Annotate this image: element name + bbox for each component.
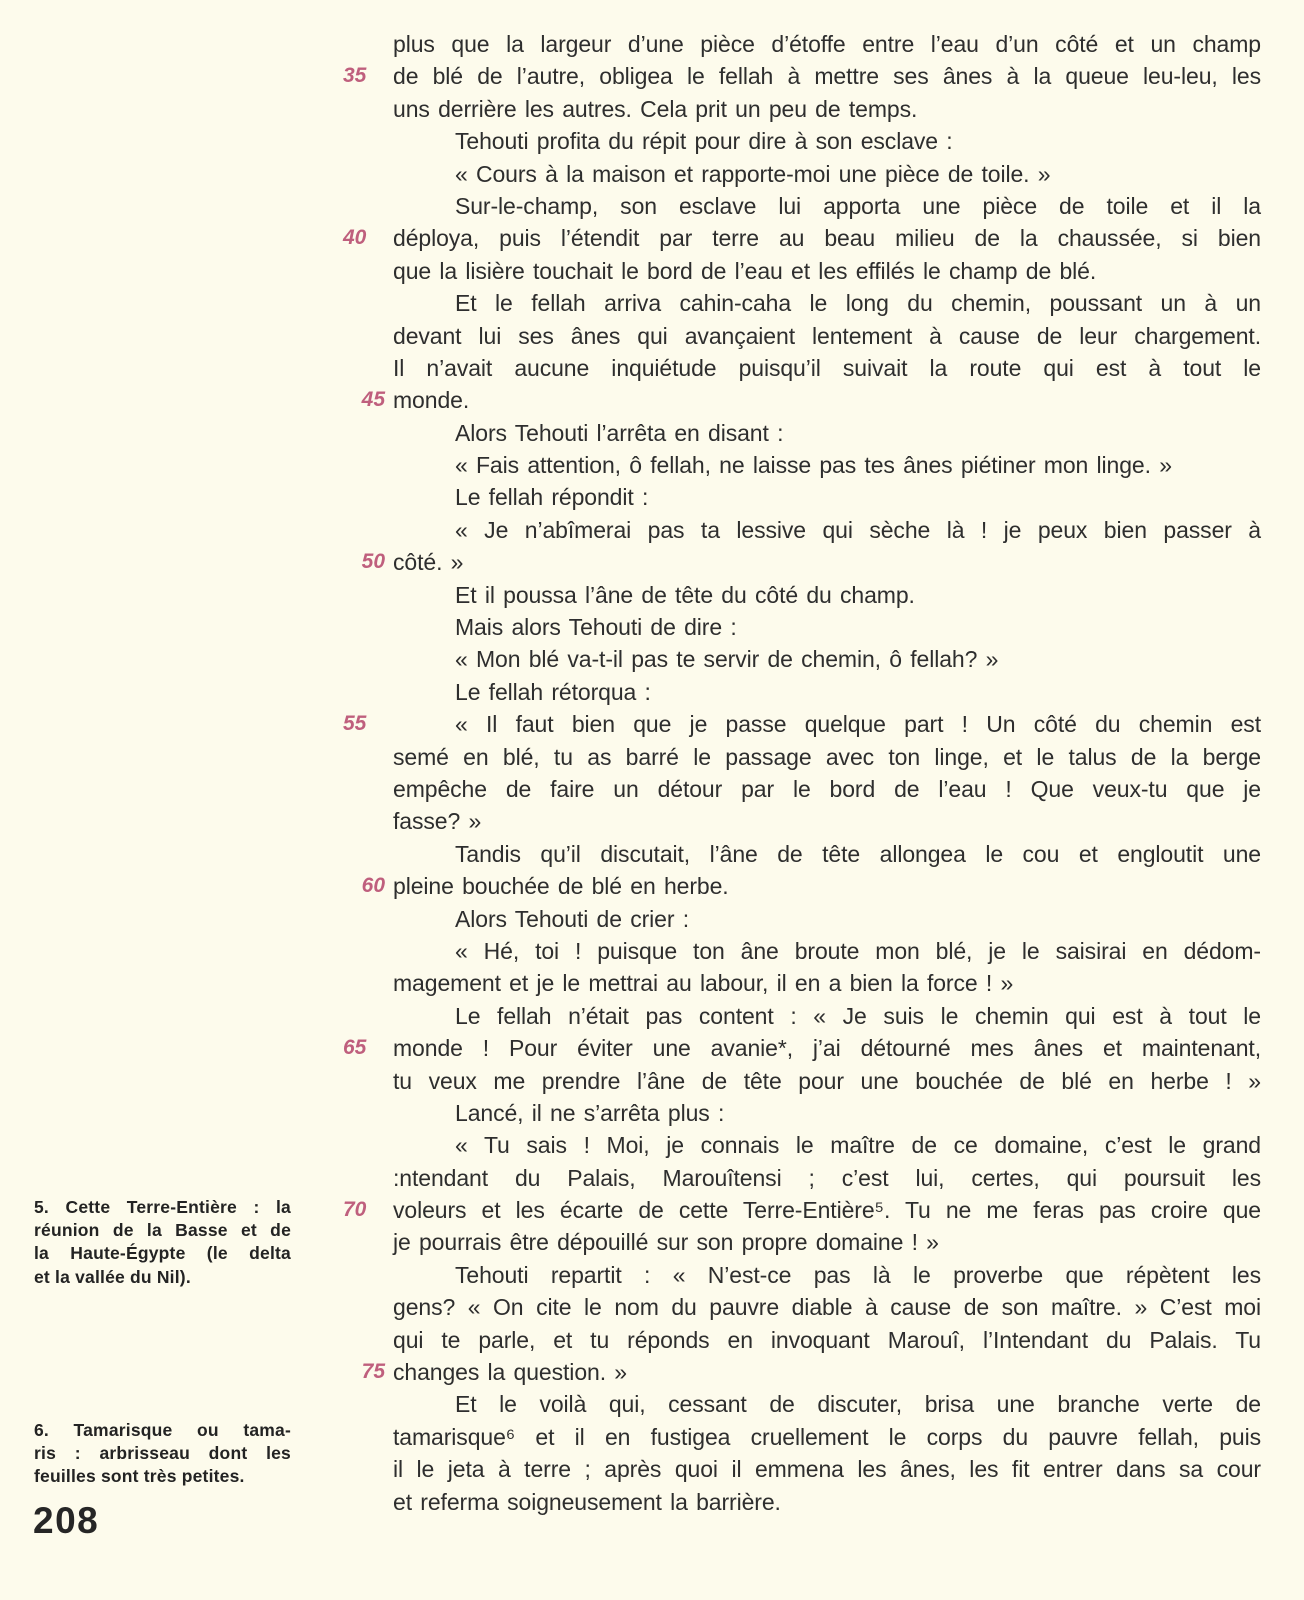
text-line: 35de blé de l’autre, obligea le fellah à… [393, 60, 1261, 92]
footnote-5: 5. Cette Terre-Entière : laréunion de la… [34, 1196, 291, 1289]
line-text: tamarisque⁶ et il en fustigea cruellemen… [393, 1424, 1261, 1450]
line-text: Alors Tehouti de crier : [455, 906, 689, 932]
text-line: Il n’avait aucune inquiétude puisqu’il s… [393, 352, 1261, 384]
text-line: Alors Tehouti l’arrêta en disant : [393, 417, 1261, 449]
text-line: Le fellah n’était pas content : « Je sui… [393, 1000, 1261, 1032]
text-line: gens? « On cite le nom du pauvre diable … [393, 1291, 1261, 1323]
line-text: Lancé, il ne s’arrêta plus : [455, 1100, 724, 1126]
line-text: et referma soigneusement la barrière. [393, 1489, 781, 1515]
line-text: côté. » [393, 549, 463, 575]
line-text: Le fellah répondit : [455, 484, 648, 510]
line-text: gens? « On cite le nom du pauvre diable … [393, 1294, 1261, 1320]
line-text: déploya, puis l’étendit par terre au bea… [393, 225, 1261, 251]
footnote-line: 5. Cette Terre-Entière : la [34, 1196, 291, 1219]
text-line: 60pleine bouchée de blé en herbe. [393, 870, 1261, 902]
text-line: « Hé, toi ! puisque ton âne broute mon b… [393, 935, 1261, 967]
text-line: 75changes la question. » [393, 1356, 1261, 1388]
text-line: et referma soigneusement la barrière. [393, 1486, 1261, 1518]
footnote-line: et la vallée du Nil). [34, 1266, 291, 1289]
text-line: je pourrais être dépouillé sur son propr… [393, 1226, 1261, 1258]
line-number: 55 [343, 708, 385, 740]
text-line: 70voleurs et les écarte de cette Terre-E… [393, 1194, 1261, 1226]
text-line: que la lisière touchait le bord de l’eau… [393, 255, 1261, 287]
line-text: Sur-le-champ, son esclave lui apporta un… [455, 193, 1261, 219]
text-line: :ntendant du Palais, Marouîtensi ; c’est… [393, 1162, 1261, 1194]
line-text: devant lui ses ânes qui avançaient lente… [393, 323, 1261, 349]
line-text: semé en blé, tu as barré le passage avec… [393, 744, 1261, 770]
line-text: « Fais attention, ô fellah, ne laisse pa… [455, 452, 1172, 478]
line-number: 75 [343, 1356, 385, 1388]
text-line: il le jeta à terre ; après quoi il emmen… [393, 1453, 1261, 1485]
text-line: plus que la largeur d’une pièce d’étoffe… [393, 28, 1261, 60]
text-line: Mais alors Tehouti de dire : [393, 611, 1261, 643]
line-text: « Tu sais ! Moi, je connais le maître de… [455, 1132, 1261, 1158]
line-text: de blé de l’autre, obligea le fellah à m… [393, 63, 1261, 89]
line-text: Et le fellah arriva cahin-caha le long d… [455, 290, 1261, 316]
text-line: Et il poussa l’âne de tête du côté du ch… [393, 579, 1261, 611]
text-line: tu veux me prendre l’âne de tête pour un… [393, 1065, 1261, 1097]
text-line: Lancé, il ne s’arrêta plus : [393, 1097, 1261, 1129]
line-text: « Il faut bien que je passe quelque part… [455, 711, 1261, 737]
line-text: Il n’avait aucune inquiétude puisqu’il s… [393, 355, 1261, 381]
text-line: Tandis qu’il discutait, l’âne de tête al… [393, 838, 1261, 870]
text-line: Alors Tehouti de crier : [393, 903, 1261, 935]
line-text: que la lisière touchait le bord de l’eau… [393, 258, 1096, 284]
text-column: plus que la largeur d’une pièce d’étoffe… [393, 28, 1261, 1518]
line-text: il le jeta à terre ; après quoi il emmen… [393, 1456, 1261, 1482]
text-line: « Fais attention, ô fellah, ne laisse pa… [393, 449, 1261, 481]
footnote-line: feuilles sont très petites. [34, 1465, 291, 1488]
line-text: Tehouti repartit : « N’est-ce pas là le … [455, 1262, 1261, 1288]
text-line: « Tu sais ! Moi, je connais le maître de… [393, 1129, 1261, 1161]
footnote-line: 6. Tamarisque ou tama- [34, 1419, 291, 1442]
line-text: :ntendant du Palais, Marouîtensi ; c’est… [393, 1165, 1261, 1191]
text-line: devant lui ses ânes qui avançaient lente… [393, 320, 1261, 352]
line-text: changes la question. » [393, 1359, 627, 1385]
page-number: 208 [33, 1500, 99, 1542]
line-text: uns derrière les autres. Cela prit un pe… [393, 96, 917, 122]
text-line: Et le voilà qui, cessant de discuter, br… [393, 1388, 1261, 1420]
line-text: Le fellah n’était pas content : « Je sui… [455, 1003, 1261, 1029]
line-text: pleine bouchée de blé en herbe. [393, 873, 729, 899]
line-number: 65 [343, 1032, 385, 1064]
text-line: 40déploya, puis l’étendit par terre au b… [393, 222, 1261, 254]
line-text: « Hé, toi ! puisque ton âne broute mon b… [455, 938, 1261, 964]
line-text: monde. [393, 387, 469, 413]
footnote-line: ris : arbrisseau dont les [34, 1442, 291, 1465]
text-line: Tehouti profita du répit pour dire à son… [393, 125, 1261, 157]
text-line: 50côté. » [393, 546, 1261, 578]
line-text: tu veux me prendre l’âne de tête pour un… [393, 1068, 1261, 1094]
text-line: « Mon blé va-t-il pas te servir de chemi… [393, 643, 1261, 675]
line-text: plus que la largeur d’une pièce d’étoffe… [393, 31, 1261, 57]
text-line: 65monde ! Pour éviter une avanie*, j’ai … [393, 1032, 1261, 1064]
text-line: fasse? » [393, 805, 1261, 837]
line-text: magement et je le mettrai au labour, il … [393, 970, 1013, 996]
line-text: fasse? » [393, 808, 481, 834]
text-line: Sur-le-champ, son esclave lui apporta un… [393, 190, 1261, 222]
text-line: tamarisque⁶ et il en fustigea cruellemen… [393, 1421, 1261, 1453]
text-line: 45monde. [393, 384, 1261, 416]
text-line: « Je n’abîmerai pas ta lessive qui sèche… [393, 514, 1261, 546]
line-text: Et il poussa l’âne de tête du côté du ch… [455, 582, 915, 608]
line-text: « Cours à la maison et rapporte-moi une … [455, 161, 1050, 187]
line-text: monde ! Pour éviter une avanie*, j’ai dé… [393, 1035, 1261, 1061]
text-line: semé en blé, tu as barré le passage avec… [393, 741, 1261, 773]
line-text: Alors Tehouti l’arrêta en disant : [455, 420, 783, 446]
line-text: qui te parle, et tu réponds en invoquant… [393, 1327, 1261, 1353]
line-number: 60 [343, 870, 385, 902]
line-text: voleurs et les écarte de cette Terre-Ent… [393, 1197, 1261, 1223]
line-text: Tehouti profita du répit pour dire à son… [455, 128, 953, 154]
line-text: « Je n’abîmerai pas ta lessive qui sèche… [455, 517, 1261, 543]
text-line: « Cours à la maison et rapporte-moi une … [393, 158, 1261, 190]
line-text: je pourrais être dépouillé sur son propr… [393, 1229, 939, 1255]
line-number: 45 [343, 384, 385, 416]
text-line: uns derrière les autres. Cela prit un pe… [393, 93, 1261, 125]
text-line: qui te parle, et tu réponds en invoquant… [393, 1324, 1261, 1356]
line-text: Et le voilà qui, cessant de discuter, br… [455, 1391, 1261, 1417]
text-line: 55« Il faut bien que je passe quelque pa… [393, 708, 1261, 740]
footnote-6: 6. Tamarisque ou tama-ris : arbrisseau d… [34, 1419, 291, 1489]
text-line: Tehouti repartit : « N’est-ce pas là le … [393, 1259, 1261, 1291]
footnote-line: la Haute-Égypte (le delta [34, 1242, 291, 1265]
text-line: Et le fellah arriva cahin-caha le long d… [393, 287, 1261, 319]
line-number: 50 [343, 546, 385, 578]
line-number: 35 [343, 60, 385, 92]
line-text: Le fellah rétorqua : [455, 679, 651, 705]
text-line: Le fellah répondit : [393, 481, 1261, 513]
line-text: Mais alors Tehouti de dire : [455, 614, 737, 640]
line-number: 40 [343, 222, 385, 254]
text-line: magement et je le mettrai au labour, il … [393, 967, 1261, 999]
footnote-line: réunion de la Basse et de [34, 1219, 291, 1242]
book-page: plus que la largeur d’une pièce d’étoffe… [0, 0, 1304, 1600]
line-number: 70 [343, 1194, 385, 1226]
line-text: empêche de faire un détour par le bord d… [393, 776, 1261, 802]
text-line: Le fellah rétorqua : [393, 676, 1261, 708]
line-text: « Mon blé va-t-il pas te servir de chemi… [455, 646, 998, 672]
text-line: empêche de faire un détour par le bord d… [393, 773, 1261, 805]
line-text: Tandis qu’il discutait, l’âne de tête al… [455, 841, 1261, 867]
